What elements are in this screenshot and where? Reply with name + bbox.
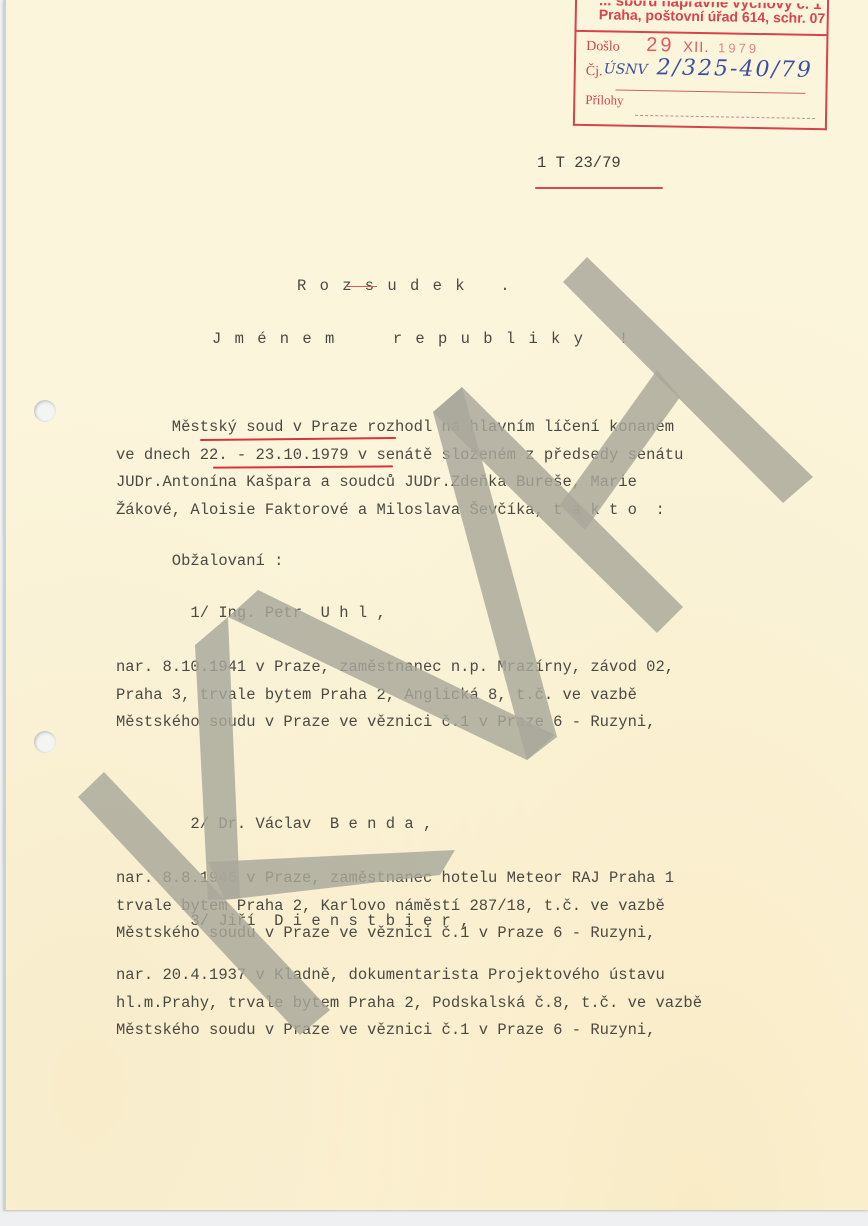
- stamp-doslo-label: Došlo: [586, 39, 620, 56]
- intro-line: ve dnech 22. - 23.10.1979 v senátě slože…: [116, 446, 683, 464]
- intro-line: Městský soud v Praze rozhodl na hlavním …: [116, 418, 674, 436]
- handwritten-prefix: ÚSNV: [604, 61, 648, 78]
- accused-detail-line: nar. 8.10.1941 v Praze, zaměstnanec n.p.…: [116, 658, 674, 676]
- title-correction-mark: [347, 286, 377, 287]
- date-day: 29: [646, 34, 675, 56]
- accused-heading: Obžalovaní :: [116, 552, 283, 570]
- stamp-prilohy-line: [635, 115, 815, 119]
- accused-detail-line: nar. 20.4.1937 v Kladně, dokumentarista …: [116, 966, 665, 984]
- page-edge: [3, 0, 6, 1210]
- case-reference: 1 T 23/79: [537, 154, 621, 172]
- receipt-stamp: ... sboru nápravné výchovy č. 1 Praha, p…: [573, 0, 829, 130]
- reference-underline: [535, 187, 663, 189]
- punch-hole: [34, 731, 56, 753]
- document-subtitle: J m é n e m r e p u b l i k y !: [212, 330, 630, 348]
- stamp-prilohy-label: Přílohy: [585, 92, 624, 109]
- stamp-cj-label: Čj.: [586, 64, 603, 80]
- document-title: R o z s u d e k .: [297, 277, 512, 295]
- accused-name: 2/ Dr. Václav B e n d a ,: [116, 815, 432, 833]
- handwritten-number: 2/325-40/79: [656, 55, 813, 83]
- accused-detail-line: nar. 8.8.1946 v Praze, zaměstnanec hotel…: [116, 869, 674, 887]
- punch-hole: [34, 400, 56, 422]
- date-month: XII.: [683, 39, 710, 56]
- intro-line: Žákové, Aloisie Faktorové a Miloslava Še…: [116, 501, 665, 519]
- stamp-line-2: Praha, poštovní úřad 614, schr. 07: [599, 6, 826, 26]
- intro-line: JUDr.Antonína Kašpara a soudců JUDr.Zdeň…: [116, 473, 637, 491]
- accused-detail-line: hl.m.Prahy, trvale bytem Praha 2, Podska…: [116, 994, 702, 1012]
- accused-detail-line: Městského soudu v Praze ve věznici č.1 v…: [116, 713, 656, 731]
- stamp-cj-line: [615, 90, 805, 94]
- accused-detail-line: Městského soudu v Praze ve věznici č.1 v…: [116, 1021, 656, 1039]
- date-year: 1979: [718, 40, 759, 56]
- handwritten-reference: ÚSNV 2/325-40/79: [604, 54, 813, 83]
- accused-detail-line: Praha 3, trvale bytem Praha 2, Anglická …: [116, 686, 637, 704]
- accused-name: 3/ Jiří D i e n s t b i e r ,: [116, 912, 469, 930]
- accused-name: 1/ Ing. Petr U h l ,: [116, 604, 386, 622]
